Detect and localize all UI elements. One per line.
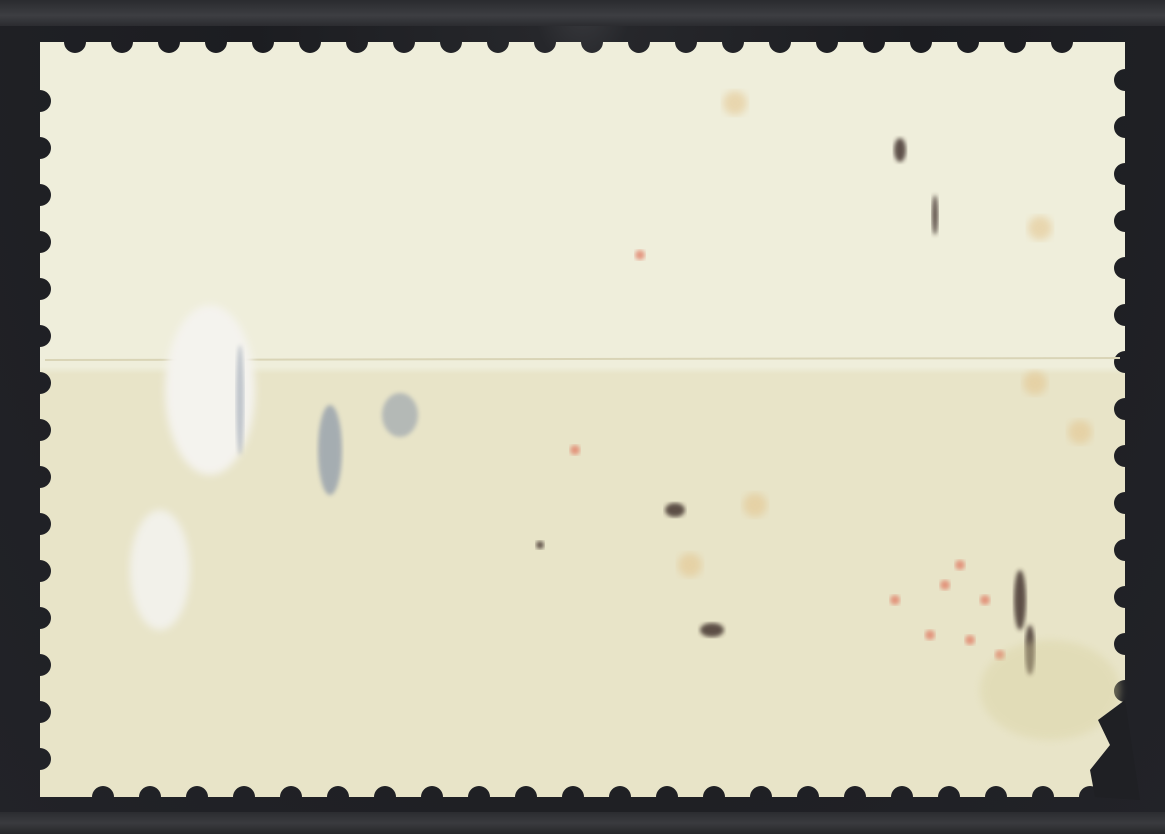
foxing-spot [723,91,747,115]
cancellation-mark [665,503,685,517]
red-ink-speck [980,595,990,605]
foxing-spot [743,493,767,517]
yellow-stain [980,640,1120,740]
red-ink-speck [940,580,950,590]
red-ink-speck [890,595,900,605]
thin-patch [130,510,190,630]
red-ink-speck [955,560,965,570]
cancellation-mark [1014,570,1026,630]
foxing-spot [1023,371,1047,395]
foxing-spot [1028,216,1052,240]
cancellation-mark [536,541,544,549]
red-ink-speck [635,250,645,260]
ink-showthrough [236,345,244,455]
red-ink-speck [965,635,975,645]
ink-showthrough [318,405,342,495]
red-ink-speck [570,445,580,455]
foxing-spot [678,553,702,577]
cancellation-mark [932,195,938,235]
cancellation-mark [894,138,906,162]
cancellation-mark [700,623,724,637]
stamp-back [0,0,1165,834]
stamp-photo [0,0,1165,834]
ink-showthrough [382,393,418,437]
red-ink-speck [925,630,935,640]
foxing-spot [1068,420,1092,444]
